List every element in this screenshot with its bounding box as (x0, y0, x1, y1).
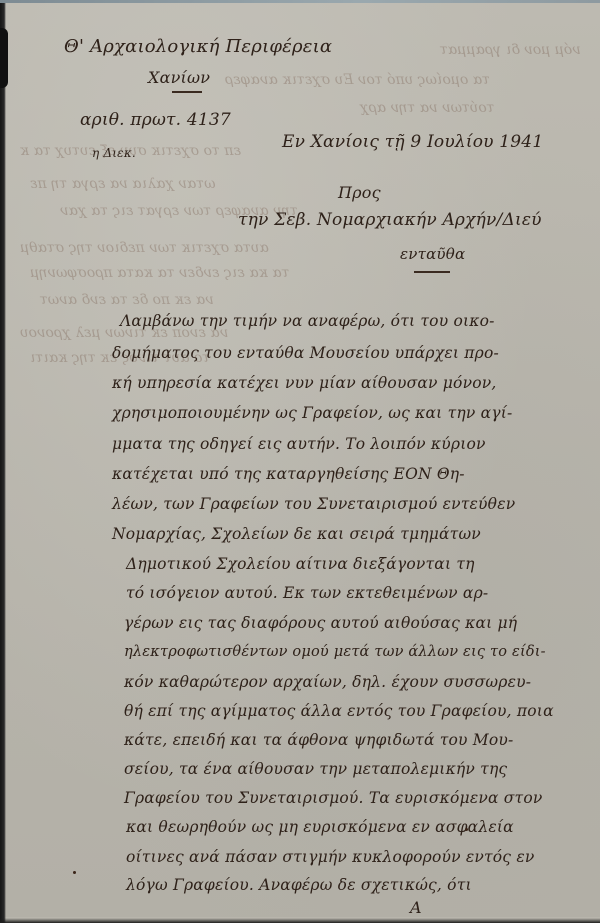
body-line-4: χρησιμοποιουμένην ως Γραφείον, ως και τη… (112, 404, 592, 422)
recipient-line: την Σεβ. Νομαρχιακήν Αρχήν/Διεύ (238, 210, 542, 230)
body-line-5: μματα της οδηγεί εις αυτήν. Το λοιπόν κύ… (112, 435, 592, 453)
authority-heading: Θ' Αρχαιολογική Περιφέρεια (64, 36, 332, 57)
ink-speck (465, 828, 468, 831)
body-line-12: ηλεκτροφωτισθέντων ομού μετά των άλλων ε… (124, 644, 600, 660)
heading-underline (172, 91, 202, 93)
page-marker: Α (410, 898, 422, 917)
body-line-13: κόν καθαρώτερον αρχαίων, δηλ. έχουν συσσ… (124, 673, 600, 691)
scan-edge-bottom (0, 918, 600, 923)
bleed-through-text: να εκ πο δε τα ενδ ανωτ (40, 292, 214, 308)
body-line-14: θή επί της αγίμματος άλλα εντός του Γραφ… (124, 702, 600, 720)
bleed-through-text: τα κα εις ενδεν τα κατα προσφωνημ (30, 265, 290, 281)
scanned-document: νόμ μον δι γραμματ τα ομοίως υπό τον Ευ … (0, 0, 600, 923)
bleed-through-text: ωταν χαλια να εργα τη πε (30, 176, 216, 192)
recipient-location: ενταῦθα (400, 245, 465, 263)
body-line-1: Λαμβάνω την τιμήν να αναφέρω, ότι του οι… (120, 312, 600, 330)
body-line-22: λόγω Γραφείου. Αναφέρω δε σχετικώς, ότι (126, 876, 600, 894)
body-line-8: Νομαρχίας, Σχολείων δε και σειρά τμημάτω… (112, 525, 592, 543)
bleed-through-text: τούτων να την αρχ (360, 100, 494, 116)
place-date: Εν Χανίοις τῇ 9 Ιουλίου 1941 (282, 132, 543, 152)
authority-subheading: Χανίων (148, 68, 210, 87)
bleed-through-text: νόμ μον δι γραμματ (440, 42, 581, 58)
ink-speck (73, 871, 76, 874)
recipient-underline (414, 271, 450, 273)
bleed-through-text: αυτα σχετικ των πεδιον της σταθμ (20, 240, 269, 256)
body-line-11: γέρων εις τας διαφόρους αυτού αιθούσας κ… (124, 614, 600, 632)
bleed-through-text: τα ομοίως υπό τον Ευ σχετικ αναφερ (30, 72, 490, 88)
scan-edge-notch (0, 28, 8, 88)
body-line-2: δομήματος του ενταύθα Μουσείου υπάρχει π… (112, 344, 592, 362)
body-line-15: κάτε, επειδή και τα άφθονα ψηφιδωτά του … (124, 731, 600, 749)
body-line-18: και θεωρηθούν ως μη ευρισκόμενα εν ασφαλ… (126, 818, 600, 836)
body-line-16: σείου, τα ένα αίθουσαν την μεταπολεμικήν… (124, 760, 600, 778)
body-line-10: τό ισόγειον αυτού. Εκ των εκτεθειμένων α… (126, 584, 600, 602)
body-line-6: κατέχεται υπό της καταργηθείσης ΕΟΝ Θη- (112, 465, 592, 483)
body-line-3: κή υπηρεσία κατέχει νυν μίαν αίθουσαν μό… (112, 374, 592, 392)
scan-edge-left (0, 0, 6, 923)
protocol-sub: η Διεκ. (92, 146, 136, 160)
protocol-number: αριθ. πρωτ. 4137 (80, 110, 231, 130)
recipient-prefix: Προς (338, 183, 381, 202)
body-line-9: Δημοτικού Σχολείου αίτινα διεξάγονται τη (126, 555, 600, 573)
body-line-7: λέων, των Γραφείων του Συνεταιρισμού εντ… (112, 495, 592, 513)
scan-edge-top (0, 0, 600, 3)
body-line-21: οίτινες ανά πάσαν στιγμήν κυκλοφορούν εν… (126, 848, 600, 866)
